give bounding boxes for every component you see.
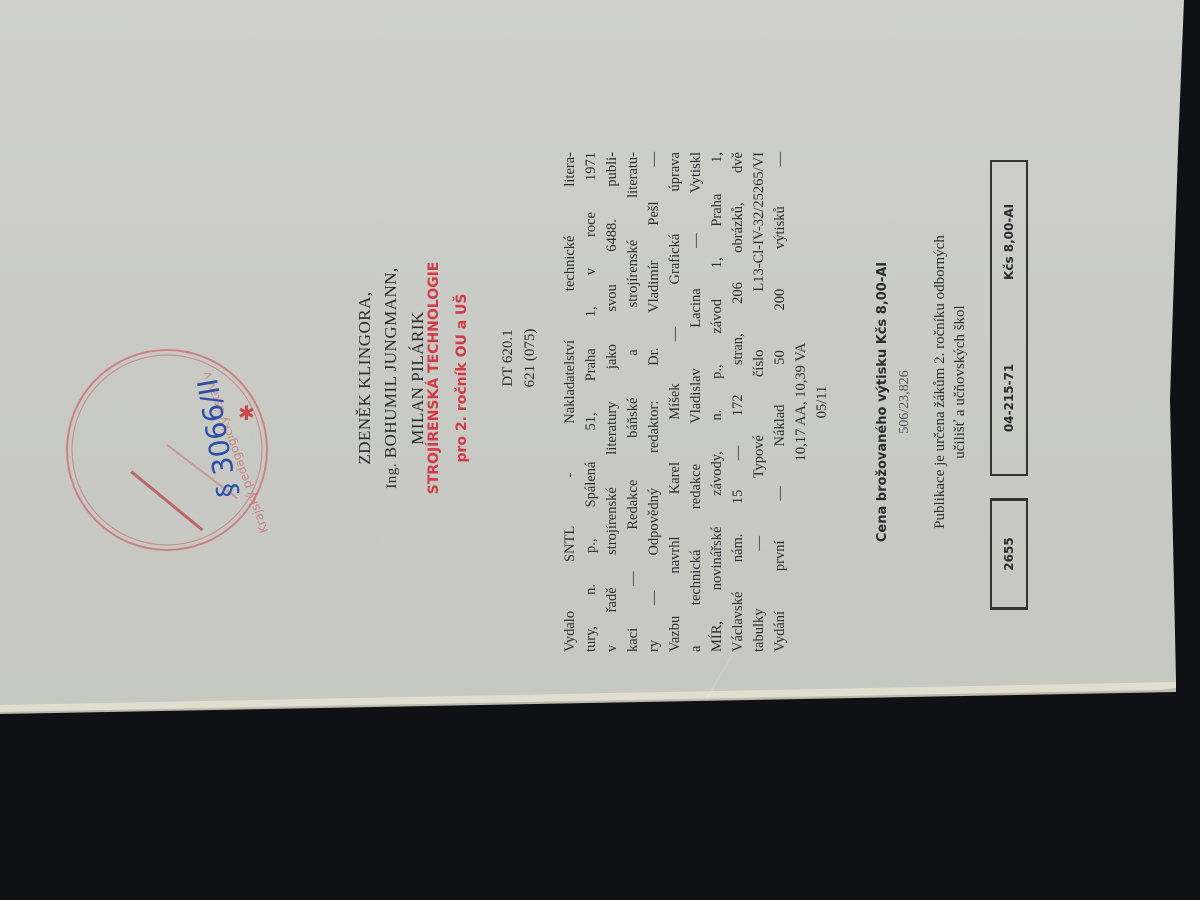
imprint-line: kaci — Redakce báňské a strojírenské lit…: [623, 152, 644, 652]
catalog-box: 04-215-71 Kčs 8,00-AI: [990, 160, 1028, 476]
audience-note: Publikace je určena žákům 2. ročníku odb…: [930, 152, 970, 612]
title-line-2: pro 2. ročník OU a UŠ: [448, 293, 476, 462]
dt-code: DT 620.1: [497, 329, 519, 386]
imprint-block: Vydalo SNTL - Nakladatelství technické l…: [560, 152, 833, 652]
classification: DT 620.1 621 (075): [497, 258, 541, 458]
catalog-price: Kčs 8,00-AI: [1002, 204, 1016, 280]
udc-code: 621 (075): [519, 329, 541, 388]
price-code: 506/23,826: [897, 370, 912, 433]
imprint-line: ry — Odpovědný redaktor: Dr. Vladimír Pe…: [644, 152, 665, 652]
note-line-2: učilišť a učňovských škol: [952, 305, 968, 458]
imprint-line: Vydání první — Náklad 50 200 výtisků —: [770, 152, 791, 652]
catalog-boxes: 2655 04-215-71 Kčs 8,00-AI: [990, 160, 1028, 610]
imprint-line: a technická redakce Vladislav Lacina — V…: [686, 152, 707, 652]
imprint-line: Václavské nám. 15 — 172 stran, 206 obráz…: [728, 152, 749, 652]
svg-text:✱: ✱: [238, 401, 255, 425]
book-title: STROJÍRENSKÁ TECHNOLOGIE pro 2. ročník O…: [420, 208, 476, 548]
imprint-line: Vydalo SNTL - Nakladatelství technické l…: [560, 152, 581, 652]
stamp-circle-icon: ✱: [58, 345, 276, 555]
imprint-line: tury, n. p., Spálená 51, Praha 1, v roce…: [581, 152, 602, 652]
note-line-1: Publikace je určena žákům 2. ročníku odb…: [932, 235, 948, 529]
imprint-line: v řadě strojírenské literatury jako svou…: [602, 152, 623, 652]
author-1: ZDENĚK KLINGORA,: [352, 291, 378, 464]
library-stamp: ✱ Krajský pedagogický ústav v: [58, 345, 276, 555]
catalog-number: 04-215-71: [1002, 364, 1016, 432]
price-block: Cena brožovaného výtisku Kčs 8,00-AI 506…: [872, 162, 916, 642]
price-line: Cena brožovaného výtisku Kčs 8,00-AI: [875, 262, 890, 542]
imprint-line: 10,17 AA, 10,39 VA: [791, 152, 812, 652]
imprint-line: Vazbu navrhl Karel Míšek — Grafická úpra…: [665, 152, 686, 652]
author-2: Ing. BOHUMIL JUNGMANN,: [378, 267, 405, 489]
title-line-1: STROJÍRENSKÁ TECHNOLOGIE: [420, 262, 448, 495]
imprint-line: MÍR, novinářské závody, n. p., závod 1, …: [707, 152, 728, 652]
number-box: 2655: [990, 498, 1028, 610]
imprint-line: tabulky — Typové číslo L13-Cl-IV-32/2526…: [749, 152, 770, 652]
imprint-line: 05/11: [812, 152, 833, 652]
